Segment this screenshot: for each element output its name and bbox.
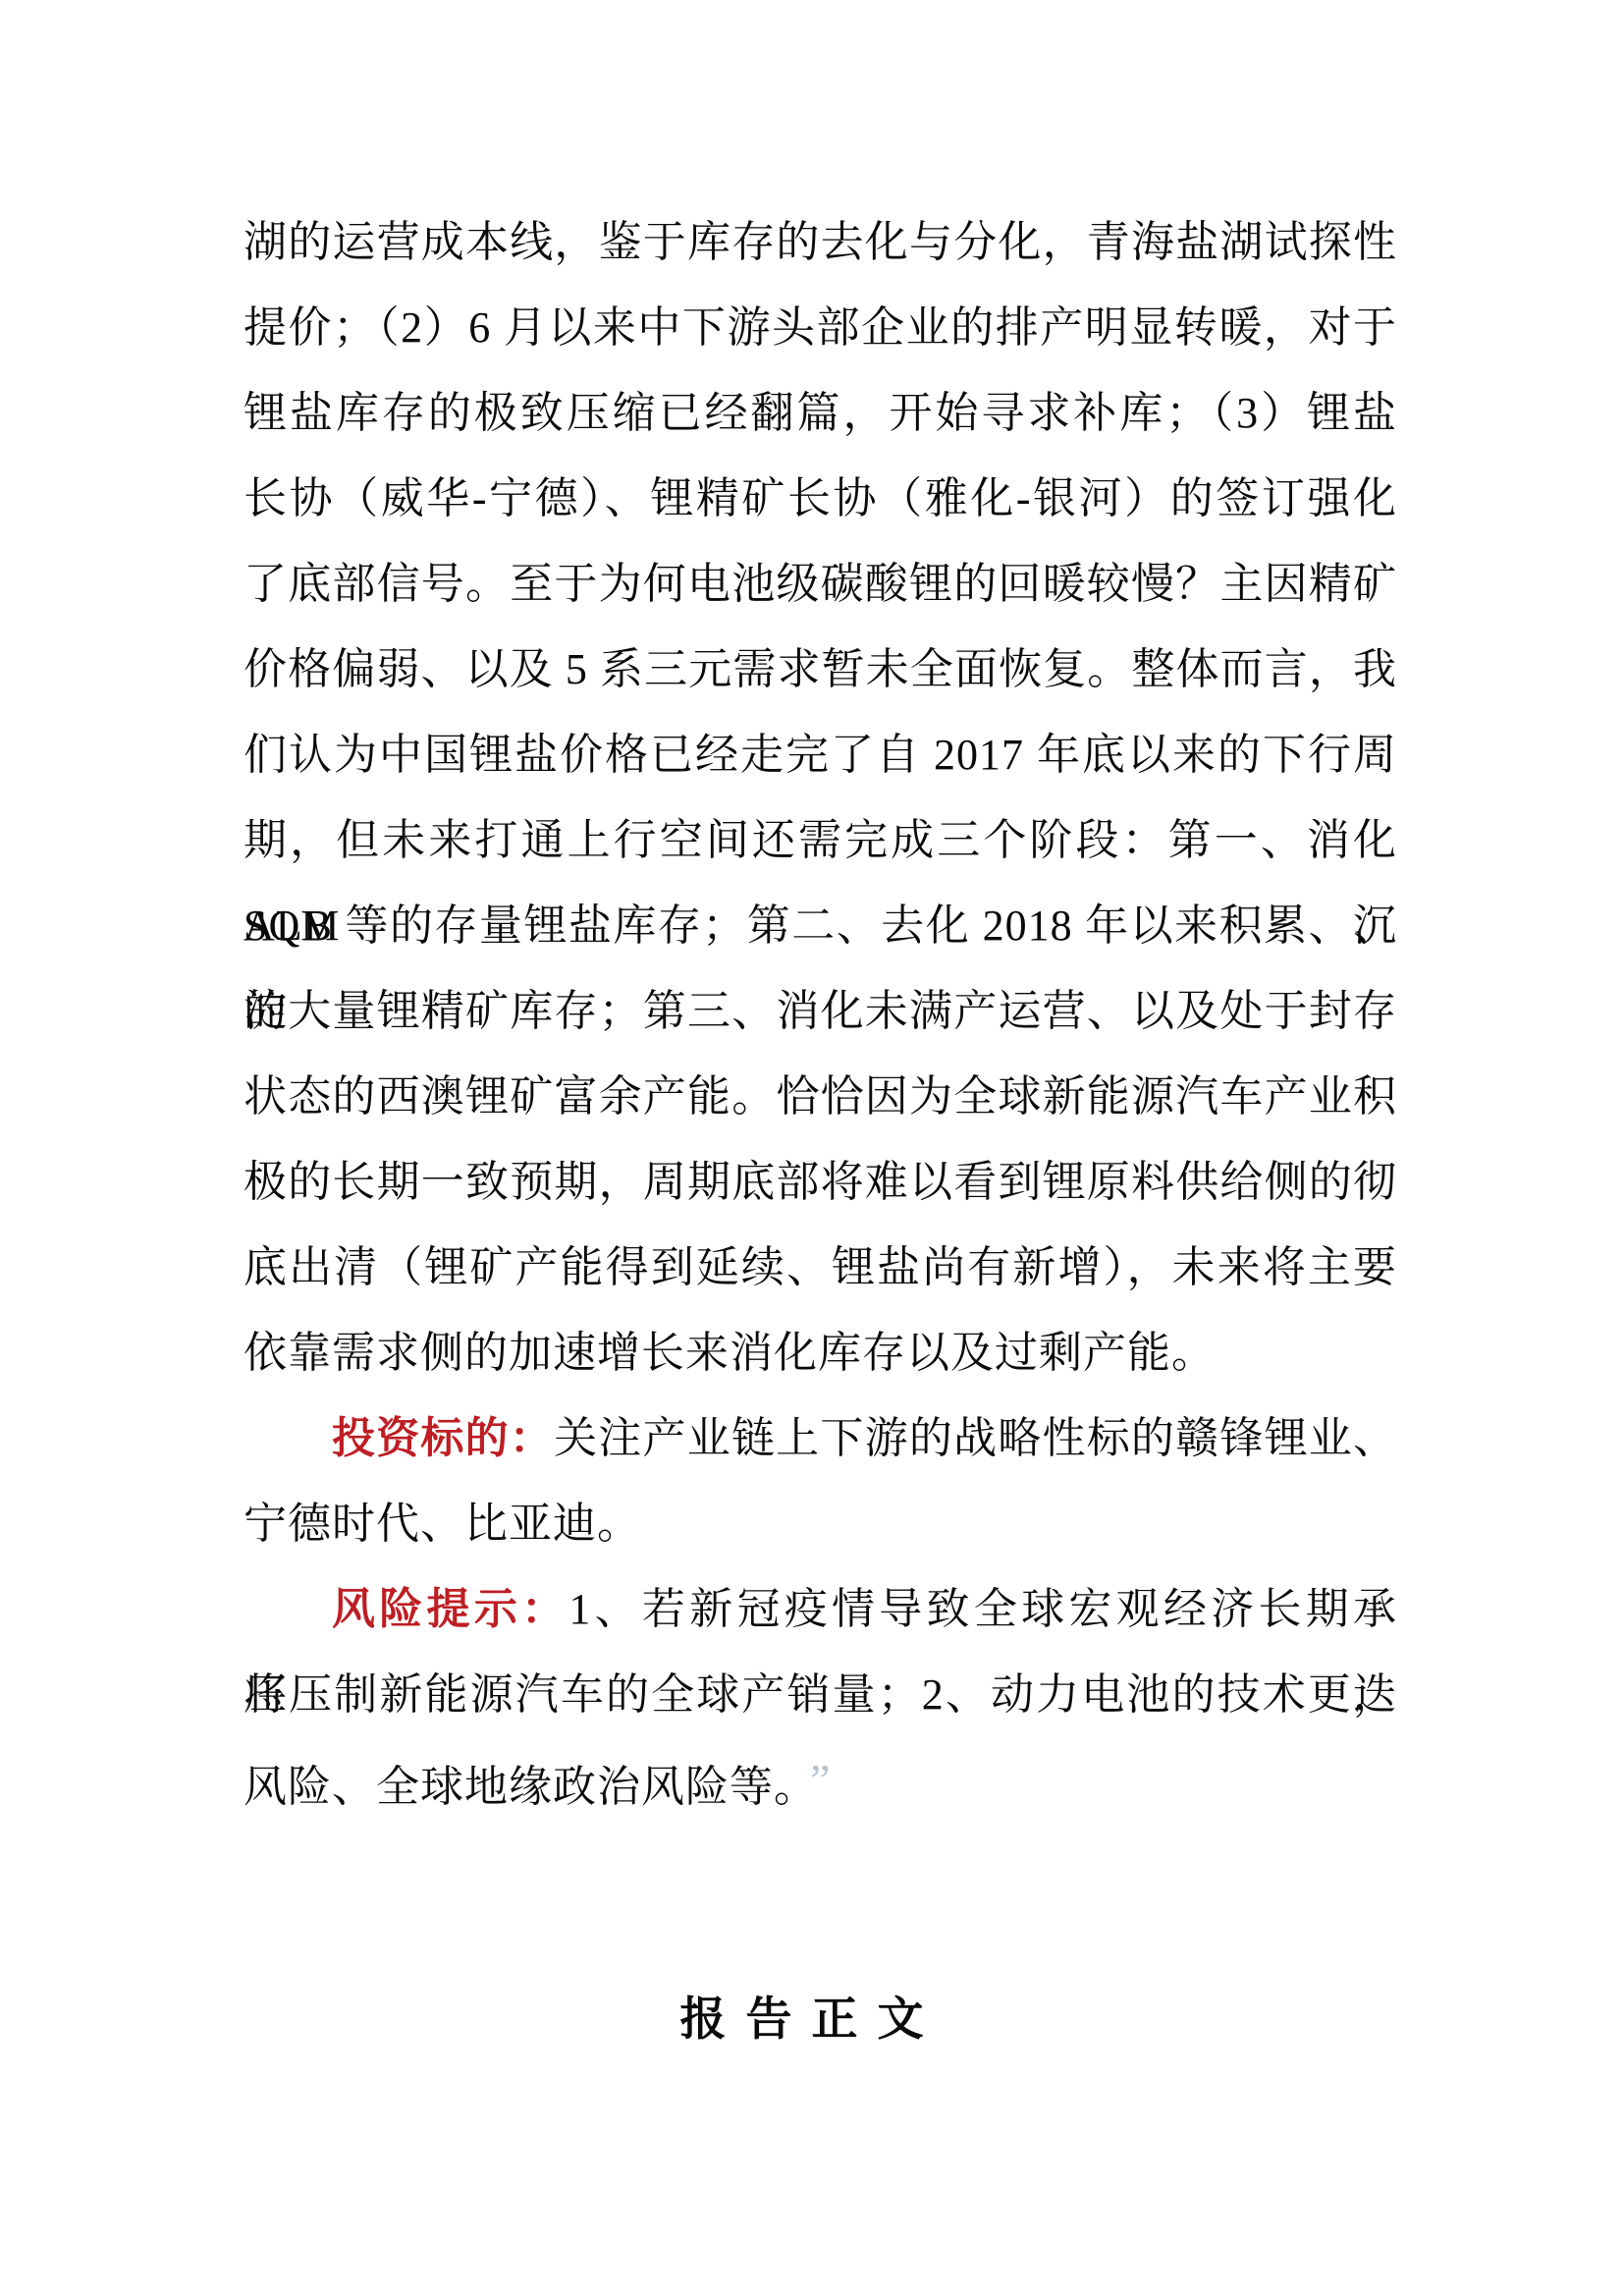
body-line-15-investment-targets: 投资标的：关注产业链上下游的战略性标的赣锋锂业、: [243, 1395, 1397, 1481]
body-line-10: 的大量锂精矿库存；第三、消化未满产运营、以及处于封存: [243, 968, 1397, 1054]
body-line-text: 了底部信号。至于为何电池级碳酸锂的回暖较慢？主因精矿: [243, 560, 1397, 608]
closing-quote-mark: ”: [796, 1755, 831, 1805]
body-line-text: 宁德时代、比亚迪。: [243, 1500, 641, 1548]
body-line-text: 锂盐库存的极致压缩已经翻篇，开始寻求补库；（3）锂盐: [243, 389, 1397, 437]
body-line-6: 价格偏弱、以及 5 系三元需求暂未全面恢复。整体而言，我: [243, 627, 1397, 712]
body-line-9: ALB 等的存量锂盐库存；第二、去化 2018 年以来积累、沉淀: [243, 883, 1397, 968]
body-line-text: 长协（威华-宁德）、锂精矿长协（雅化-银河）的签订强化: [243, 474, 1397, 522]
body-line-text: 们认为中国锂盐价格已经走完了自 2017 年底以来的下行周: [243, 731, 1397, 779]
body-line-12: 极的长期一致预期，周期底部将难以看到锂原料供给侧的彻: [243, 1139, 1397, 1225]
report-body-text: 湖的运营成本线，鉴于库存的去化与分化，青海盐湖试探性 提价；（2）6 月以来中下…: [243, 199, 1397, 1823]
body-line-5: 了底部信号。至于为何电池级碳酸锂的回暖较慢？主因精矿: [243, 541, 1397, 627]
risk-warning-label: 风险提示：: [332, 1585, 568, 1633]
body-line-text: 依靠需求侧的加速增长来消化库存以及过剩产能。: [243, 1329, 1216, 1377]
body-line-2: 提价；（2）6 月以来中下游头部企业的排产明显转暖，对于: [243, 285, 1397, 370]
body-line-17-risk-warning: 风险提示：1、若新冠疫情导致全球宏观经济长期承压，: [243, 1566, 1397, 1652]
body-line-text: 关注产业链上下游的战略性标的赣锋锂业、: [554, 1414, 1397, 1462]
body-line-4: 长协（威华-宁德）、锂精矿长协（雅化-银河）的签订强化: [243, 456, 1397, 541]
body-line-11: 状态的西澳锂矿富余产能。恰恰因为全球新能源汽车产业积: [243, 1054, 1397, 1139]
body-line-3: 锂盐库存的极致压缩已经翻篇，开始寻求补库；（3）锂盐: [243, 370, 1397, 456]
body-line-text: 极的长期一致预期，周期底部将难以看到锂原料供给侧的彻: [243, 1158, 1397, 1206]
body-line-18: 将压制新能源汽车的全球产销量；2、动力电池的技术更迭: [243, 1652, 1397, 1737]
body-line-text: 将压制新能源汽车的全球产销量；2、动力电池的技术更迭: [243, 1670, 1397, 1719]
report-page: 湖的运营成本线，鉴于库存的去化与分化，青海盐湖试探性 提价；（2）6 月以来中下…: [0, 0, 1623, 2296]
body-line-text: 湖的运营成本线，鉴于库存的去化与分化，青海盐湖试探性: [243, 218, 1397, 266]
body-line-text: 底出清（锂矿产能得到延续、锂盐尚有新增），未来将主要: [243, 1243, 1397, 1291]
body-line-text: 风险、全球地缘政治风险等。: [243, 1763, 796, 1811]
body-line-14: 依靠需求侧的加速增长来消化库存以及过剩产能。: [243, 1310, 1397, 1395]
body-line-text: 状态的西澳锂矿富余产能。恰恰因为全球新能源汽车产业积: [243, 1072, 1397, 1121]
body-line-7: 们认为中国锂盐价格已经走完了自 2017 年底以来的下行周: [243, 712, 1397, 797]
investment-targets-label: 投资标的：: [332, 1414, 554, 1462]
body-line-8: 期，但未来打通上行空间还需完成三个阶段：第一、消化 SQM、: [243, 797, 1397, 883]
body-line-text: 价格偏弱、以及 5 系三元需求暂未全面恢复。整体而言，我: [243, 645, 1397, 693]
section-heading-report-body: 报告正文: [0, 1986, 1623, 2054]
body-line-text: 提价；（2）6 月以来中下游头部企业的排产明显转暖，对于: [243, 303, 1397, 352]
body-line-text: 的大量锂精矿库存；第三、消化未满产运营、以及处于封存: [243, 987, 1397, 1035]
body-line-19: 风险、全球地缘政治风险等。”: [243, 1737, 1397, 1823]
body-line-16: 宁德时代、比亚迪。: [243, 1481, 1397, 1566]
body-line-1: 湖的运营成本线，鉴于库存的去化与分化，青海盐湖试探性: [243, 199, 1397, 285]
body-line-13: 底出清（锂矿产能得到延续、锂盐尚有新增），未来将主要: [243, 1225, 1397, 1310]
